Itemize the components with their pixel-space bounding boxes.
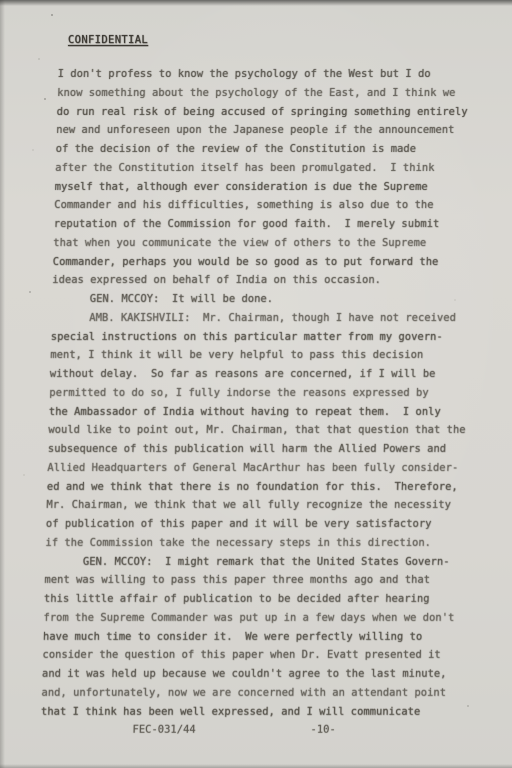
text-line: ment, I think it will be very helpful to… [50, 346, 512, 365]
text-line: that when you communicate the view of ot… [53, 234, 512, 253]
page-number: -10- [310, 721, 336, 740]
document-number: FEC-031/44 [132, 721, 196, 740]
text-line: after the Constitution itself has been p… [55, 159, 512, 178]
text-line: this little affair of publication to be … [44, 590, 512, 609]
document-footer: FEC-031/44 -10- [40, 721, 512, 740]
text-line: know something about the psychology of t… [57, 84, 512, 103]
text-line: Commander and his difficulties, somethin… [54, 196, 512, 215]
text-line: have much time to consider it. We were p… [43, 628, 512, 647]
document-text-block: I don't profess to know the psychology o… [0, 60, 512, 740]
text-line: and, unfortunately, now we are concerned… [41, 684, 512, 703]
text-line: of the decision of the review of the Con… [55, 140, 512, 159]
text-line: GEN. MCCOY: I might remark that the Unit… [45, 553, 512, 572]
text-line: ideas expressed on behalf of India on th… [52, 271, 512, 290]
text-line: GEN. MCCOY: It will be done. [51, 290, 512, 309]
scan-edge-bottom [0, 764, 512, 768]
text-line: do run real risk of being accused of spr… [56, 103, 512, 122]
text-line: of publication of this paper and it will… [46, 515, 512, 534]
text-line: without delay. So far as reasons are con… [50, 365, 512, 384]
text-line: from the Supreme Commander was put up in… [43, 609, 512, 628]
text-line: I don't profess to know the psychology o… [57, 65, 512, 84]
document-page: CONFIDENTIAL I don't profess to know the… [0, 0, 512, 768]
text-line: would like to point out, Mr. Chairman, t… [48, 421, 512, 440]
text-line: myself that, although ever consideration… [54, 178, 512, 197]
text-line: Allied Headquarters of General MacArthur… [47, 459, 512, 478]
text-line: consider the question of this paper when… [42, 646, 512, 665]
text-line: new and unforeseen upon the Japanese peo… [56, 121, 512, 140]
text-line: permitted to do so, I fully indorse the … [49, 384, 512, 403]
text-line: special instructions on this particular … [51, 328, 512, 347]
text-line: that I think has been well expressed, an… [41, 703, 512, 722]
text-line: Mr. Chairman, we think that we all fully… [46, 496, 512, 515]
text-line: AMB. KAKISHVILI: Mr. Chairman, though I … [51, 309, 512, 328]
text-line: subsequence of this publication will har… [48, 440, 512, 459]
text-line: the Ambassador of India without having t… [49, 403, 512, 422]
text-line: and it was held up because we couldn't a… [42, 665, 512, 684]
text-line: if the Commission take the necessary ste… [45, 534, 512, 553]
document-body: I don't profess to know the psychology o… [41, 65, 512, 721]
text-line: ment was willing to pass this paper thre… [44, 571, 512, 590]
text-line: ed and we think that there is no foundat… [47, 478, 512, 497]
scan-edge-top [0, 0, 512, 6]
text-line: reputation of the Commission for good fa… [53, 215, 512, 234]
classification-stamp: CONFIDENTIAL [68, 34, 148, 46]
text-line: Commander, perhaps you would be so good … [52, 253, 512, 272]
